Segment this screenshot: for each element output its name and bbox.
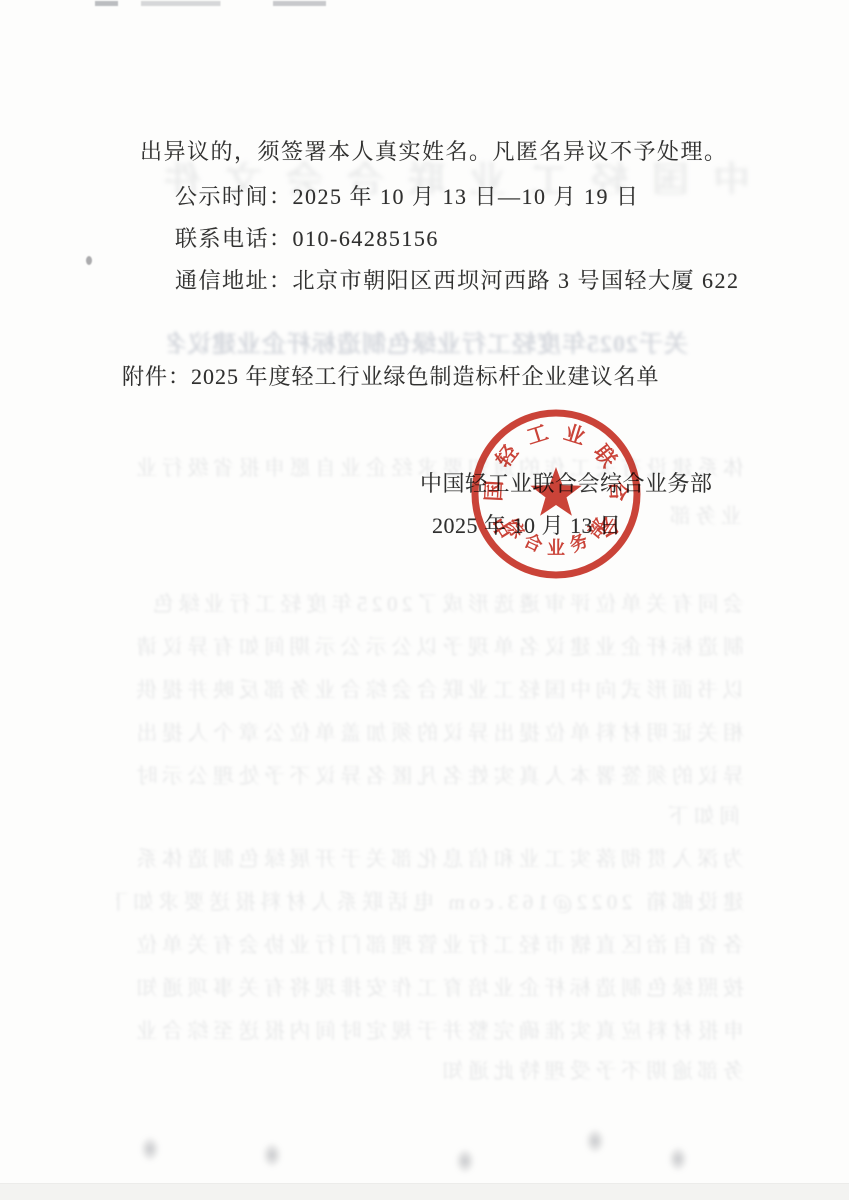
bleed-line: 相关证明材料单位提出异议的须加盖单位公章个人提出 xyxy=(116,717,744,744)
seal-ring-text-char: 业 xyxy=(561,420,588,449)
bleed-line: 各省自治区直辖市轻工行业管理部门行业协会有关单位 xyxy=(116,929,744,956)
scan-artifact xyxy=(262,1142,282,1168)
scan-artifact xyxy=(668,1146,688,1172)
scan-artifact-dot xyxy=(86,256,92,265)
scan-artifact-top-streak xyxy=(95,1,425,6)
bleed-line: 建设邮箱 2022@163.com 电话联系人材料报送要求如下 xyxy=(116,886,744,913)
body-line-contact-phone: 联系电话：010-64285156 xyxy=(175,226,439,252)
star-icon xyxy=(530,467,581,516)
scan-artifact xyxy=(585,1128,605,1154)
bleed-line: 务部逾期不予受理特此通知 xyxy=(116,1055,744,1082)
bleed-line: 为深入贯彻落实工业和信息化部关于开展绿色制造体系 xyxy=(116,843,744,870)
body-line-mailing-address: 通信地址：北京市朝阳区西坝河西路 3 号国轻大厦 622 xyxy=(175,268,740,294)
scan-artifact xyxy=(455,1148,475,1174)
seal-ring-text-char: 工 xyxy=(524,420,551,449)
seal-ring-text-char: 合 xyxy=(605,480,630,502)
seal-bottom-text-char: 合 xyxy=(521,529,546,556)
bleed-line: 异议的须签署本人真实姓名凡匿名异议不予处理公示时 xyxy=(116,760,744,787)
bleed-line: 业务部 xyxy=(642,500,742,527)
bleed-line: 按照绿色制造标杆企业培育工作安排现将有关事项通知 xyxy=(116,972,744,999)
document-page: 中国轻工业联合会文件 关于2025年度轻工行业绿色制造标杆企业建议名单的公示 出… xyxy=(0,0,849,1200)
bleed-line: 制造标杆企业建议名单现予以公示公示期间如有异议请 xyxy=(116,631,744,658)
bleed-line: 申报材料应真实准确完整并于规定时间内报送至综合业 xyxy=(116,1015,744,1042)
seal-bottom-text-char: 业 xyxy=(547,538,565,558)
seal-svg: 中国轻工业联合会综合业务部 xyxy=(468,406,644,582)
bleed-line: 会同有关单位评审遴选形成了2025年度轻工行业绿色 xyxy=(116,588,744,615)
attachment-line: 附件：2025 年度轻工行业绿色制造标杆企业建议名单 xyxy=(122,364,660,390)
official-seal: 中国轻工业联合会综合业务部 xyxy=(468,406,644,582)
scan-edge-shadow xyxy=(0,1183,849,1200)
bleed-through-subject: 关于2025年度轻工行业绿色制造标杆企业建议名单的公示 xyxy=(168,324,688,354)
bleed-line: 间如下 xyxy=(560,800,740,827)
body-line: 出异议的，须签署本人真实姓名。凡匿名异议不予处理。 xyxy=(140,139,728,165)
body-line-publicity-period: 公示时间：2025 年 10 月 13 日—10 月 19 日 xyxy=(175,184,640,210)
bleed-line: 以书面形式向中国轻工业联合会综合业务部反映并提供 xyxy=(116,674,744,701)
scan-artifact xyxy=(140,1136,160,1162)
seal-ring-text-char: 国 xyxy=(482,480,507,502)
seal-ring-text-char: 联 xyxy=(589,440,621,471)
